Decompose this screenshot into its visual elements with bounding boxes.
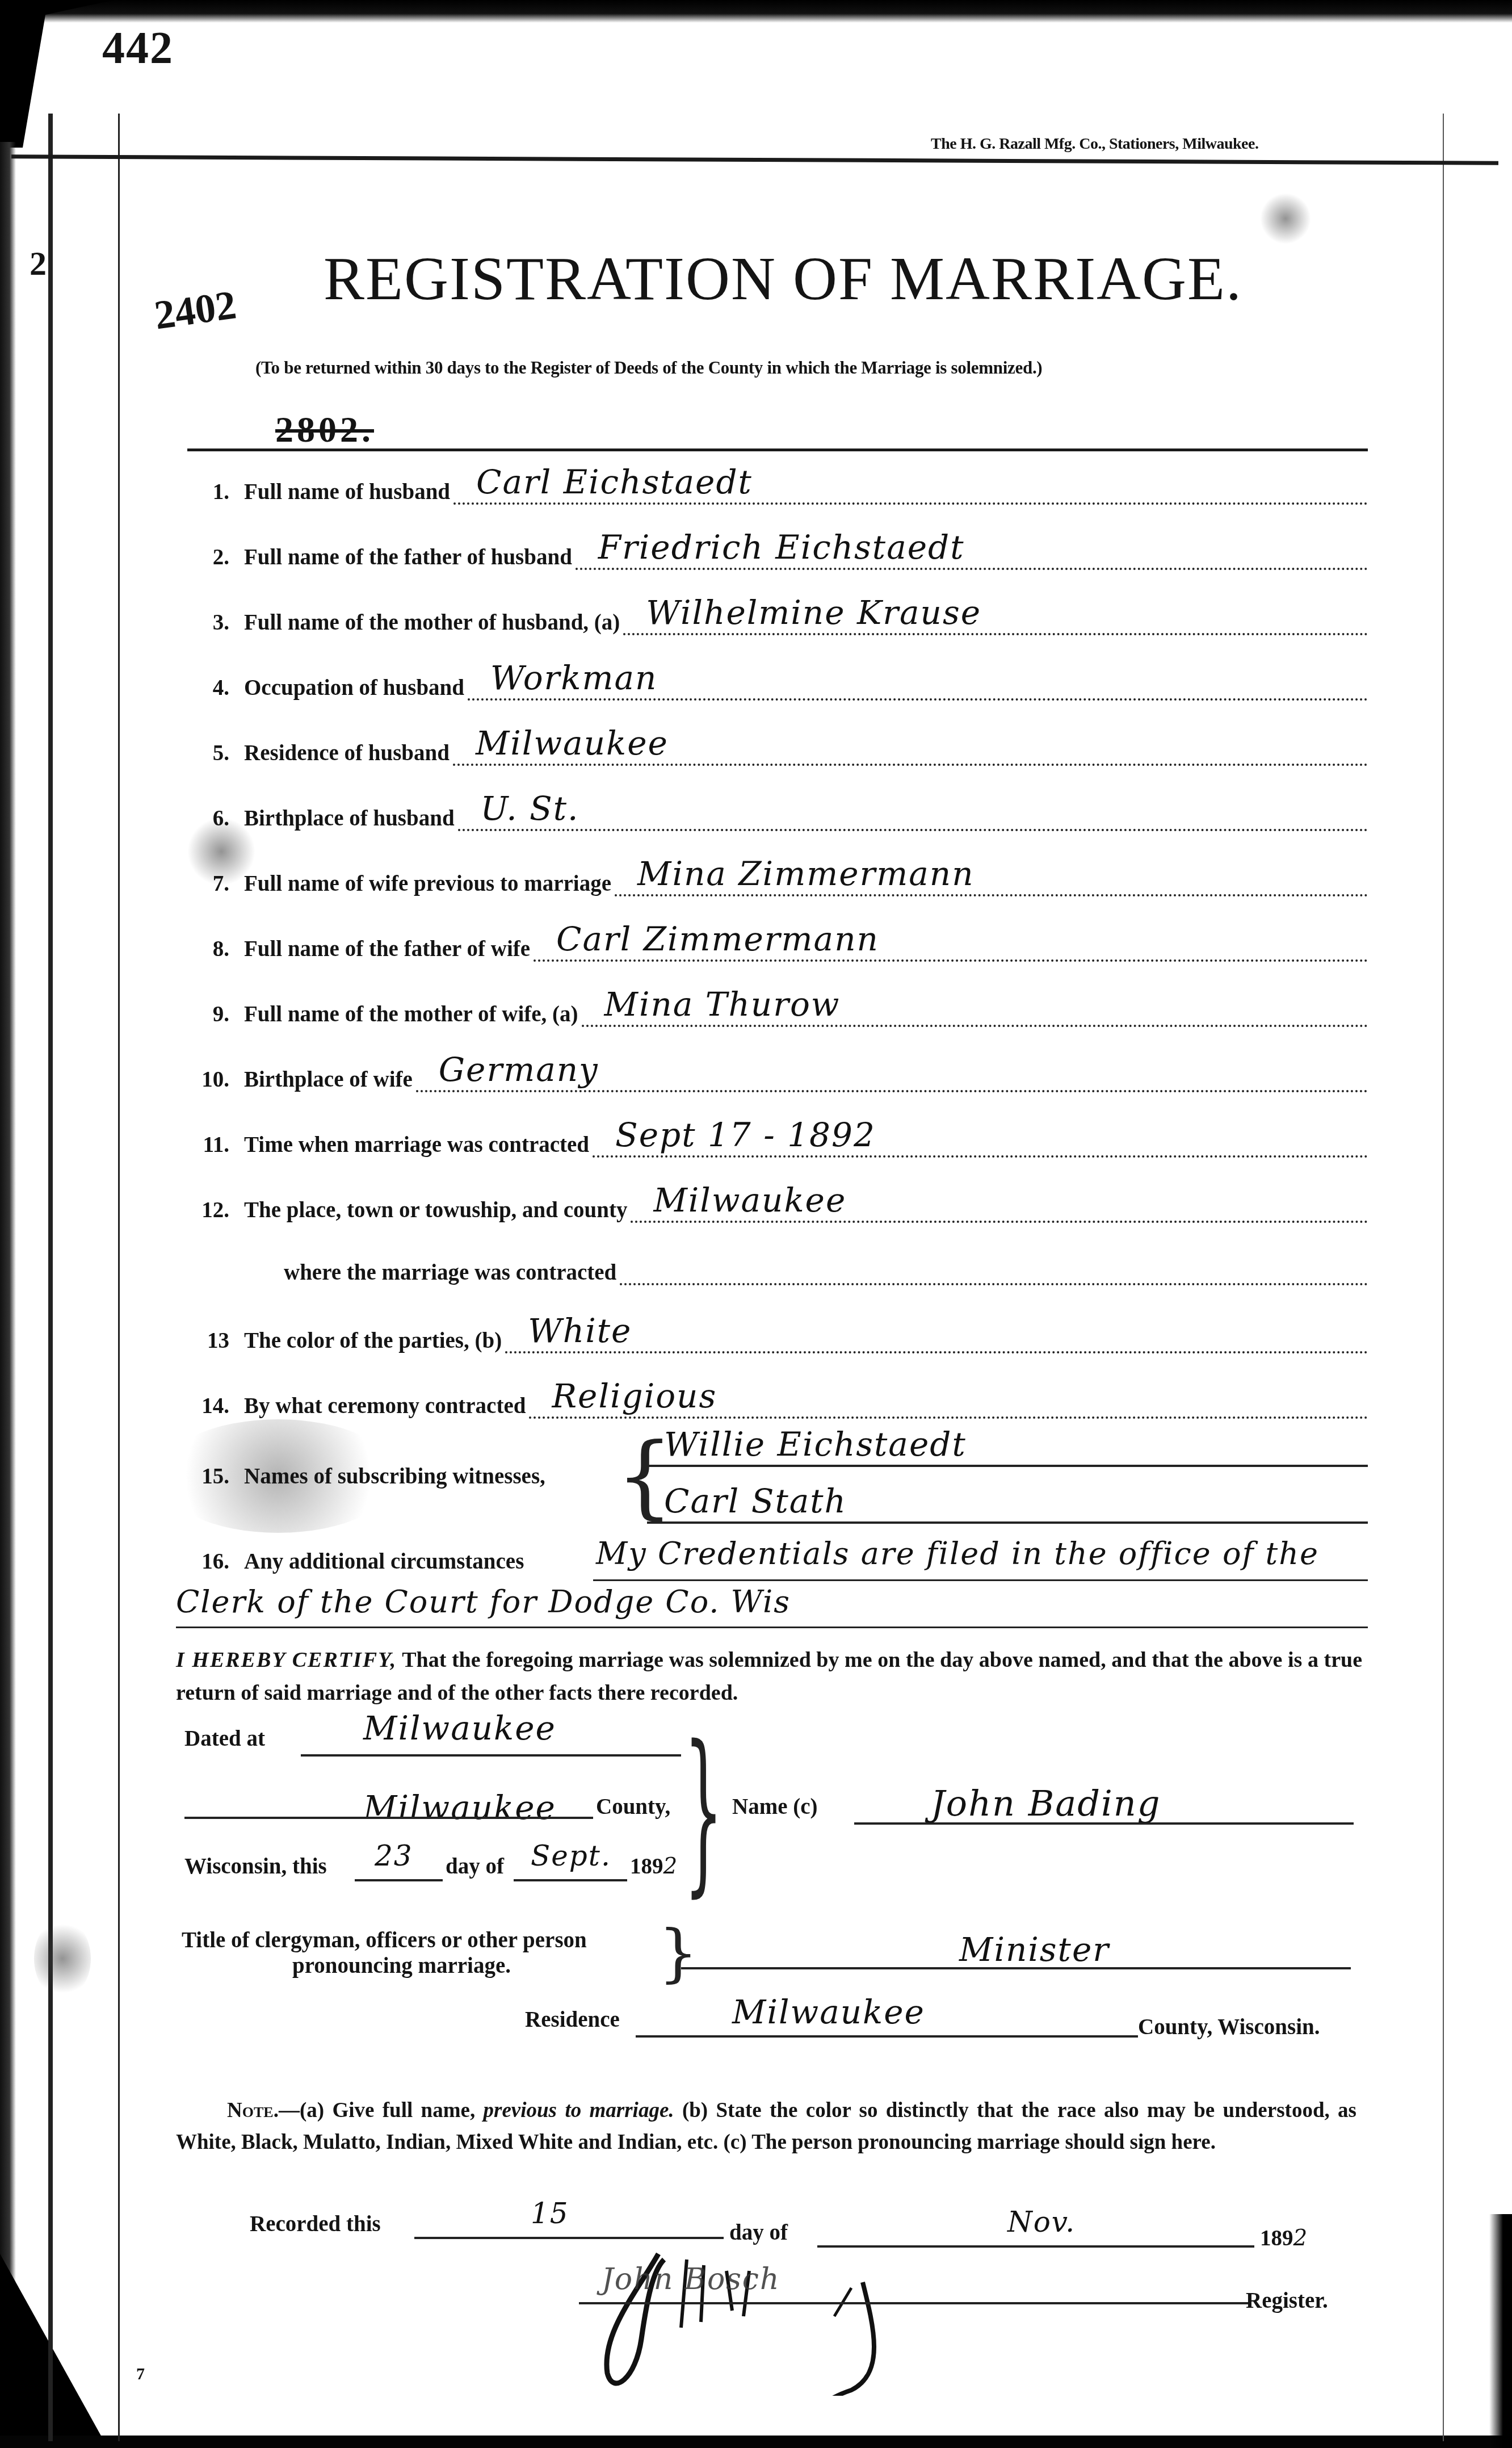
- field-husband-name: 1. Full name of husband Carl Eichstaedt: [187, 474, 1368, 505]
- scan-edge-bottom: [0, 2436, 1512, 2448]
- field-wife-mother: 9. Full name of the mother of wife, (a) …: [187, 996, 1368, 1027]
- dated-year: 1892: [630, 1854, 677, 1879]
- header-rule: [11, 154, 1498, 165]
- field-husband-mother: 3. Full name of the mother of husband, (…: [187, 605, 1368, 635]
- scan-edge-left: [0, 142, 16, 2299]
- field-additional-label: 16.Any additional circumstances: [187, 1549, 524, 1574]
- printer-credit: The H. G. Razall Mfg. Co., Stationers, M…: [931, 135, 1258, 153]
- field-ceremony: 14. By what ceremony contracted Religiou…: [187, 1388, 1368, 1419]
- field-husband-occupation: 4. Occupation of husband Workman: [187, 670, 1368, 701]
- field-value-line: U. St.: [458, 800, 1368, 831]
- field-husband-father: 2. Full name of the father of husband Fr…: [187, 539, 1368, 570]
- field-value: Carl Zimmermann: [556, 920, 879, 958]
- dated-brace: }: [684, 1726, 723, 1896]
- field-label: Full name of wife previous to marriage: [244, 871, 611, 896]
- field-label: where the marriage was contracted: [284, 1260, 616, 1285]
- field-value-line: Carl Eichstaedt: [453, 474, 1368, 505]
- field-value-line: White: [505, 1323, 1368, 1353]
- officiant-title-line: [681, 1967, 1351, 1969]
- field-wife-name: 7. Full name of wife previous to marriag…: [187, 866, 1368, 896]
- field-wife-father: 8. Full name of the father of wife Carl …: [187, 931, 1368, 962]
- field-label: Full name of the mother of husband, (a): [244, 610, 620, 635]
- witness-2: Carl Stath: [664, 1482, 847, 1520]
- dated-at-place: Milwaukee: [363, 1709, 556, 1747]
- field-value: U. St.: [481, 789, 579, 828]
- margin-rule-left-inner: [118, 114, 120, 2441]
- field-wife-birthplace: 10. Birthplace of wife Germany: [187, 1062, 1368, 1092]
- field-color-of-parties: 13 The color of the parties, (b) White: [187, 1323, 1368, 1353]
- register-number-rule: [187, 448, 1368, 451]
- officiant-residence: Milwaukee: [732, 1993, 925, 2031]
- recorded-day: 15: [531, 2197, 569, 2230]
- dated-month: Sept.: [531, 1839, 611, 1872]
- recorded-year: 1892: [1260, 2225, 1307, 2251]
- additional-line-1: [593, 1579, 1368, 1581]
- officiant-name-label: Name (c): [732, 1794, 818, 1820]
- field-value: Milwaukee: [653, 1181, 846, 1219]
- field-husband-birthplace: 6. Birthplace of husband U. St.: [187, 800, 1368, 831]
- recorded-day-of-label: day of: [729, 2220, 788, 2245]
- additional-circumstances-line-1: My Credentials are filed in the office o…: [596, 1536, 1319, 1571]
- field-value: Wilhelmine Krause: [646, 593, 981, 632]
- field-value: Milwaukee: [476, 724, 669, 762]
- ink-stain: [34, 1919, 91, 1998]
- title-brace: }: [658, 1922, 698, 1984]
- field-marriage-place-cont: where the marriage was contracted: [233, 1255, 1368, 1285]
- register-label: Register.: [1246, 2288, 1328, 2313]
- field-value-line: Carl Zimmermann: [534, 931, 1368, 962]
- field-witnesses-label: 15.Names of subscribing witnesses,: [187, 1464, 545, 1489]
- officiant-title: Minister: [959, 1930, 1110, 1969]
- scan-edge-bottomleft: [0, 2254, 108, 2448]
- field-marriage-place: 12. The place, town or towuship, and cou…: [187, 1192, 1368, 1223]
- field-value: Sept 17 - 1892: [615, 1116, 876, 1154]
- dated-at-label: Dated at: [184, 1726, 265, 1751]
- field-marriage-date: 11. Time when marriage was contracted Se…: [187, 1127, 1368, 1158]
- dated-at-line: [301, 1754, 681, 1757]
- officiant-residence-line: [636, 2035, 1138, 2038]
- dated-day: 23: [375, 1839, 413, 1872]
- field-label: Residence of husband: [244, 740, 450, 766]
- dated-wisconsin-label: Wisconsin, this: [184, 1854, 327, 1879]
- field-label: The color of the parties, (b): [244, 1328, 502, 1353]
- field-husband-residence: 5. Residence of husband Milwaukee: [187, 735, 1368, 766]
- dated-day-line: [355, 1879, 443, 1881]
- certification-statement: I HEREBY CERTIFY, That the foregoing mar…: [176, 1644, 1362, 1709]
- recorded-month: Nov.: [1007, 2206, 1076, 2239]
- field-value-line: Milwaukee: [631, 1192, 1368, 1223]
- register-signature: John Bosch: [602, 2262, 780, 2296]
- dated-county-line: [184, 1817, 593, 1819]
- field-value: Workman: [490, 659, 657, 697]
- field-value: White: [528, 1311, 632, 1350]
- witness-1-line: [647, 1465, 1368, 1467]
- witness-2-line: [647, 1521, 1368, 1524]
- officiant-name-line: [854, 1822, 1354, 1825]
- field-label: Occupation of husband: [244, 675, 464, 701]
- field-label: Full name of the father of husband: [244, 544, 572, 570]
- document-title: REGISTRATION OF MARRIAGE.: [324, 244, 1242, 315]
- scan-edge-top: [0, 0, 1512, 23]
- field-label: Birthplace of husband: [244, 806, 455, 831]
- field-value-line: Mina Thurow: [582, 996, 1368, 1027]
- field-value-line: Friedrich Eichstaedt: [576, 539, 1368, 570]
- field-label: Full name of the mother of wife, (a): [244, 1001, 578, 1027]
- officiant-residence-label: Residence: [525, 2007, 620, 2032]
- footnote: Note.—(a) Give full name, previous to ma…: [176, 2095, 1356, 2158]
- additional-line-2: [176, 1627, 1368, 1628]
- field-label: Full name of the father of wife: [244, 936, 530, 962]
- field-value-line: Milwaukee: [453, 735, 1368, 766]
- field-label: Full name of husband: [244, 479, 450, 505]
- field-value: Carl Eichstaedt: [476, 463, 753, 501]
- field-value: Germany: [439, 1050, 599, 1089]
- field-value-line: Wilhelmine Krause: [623, 605, 1368, 635]
- dated-county-label: County,: [596, 1794, 670, 1820]
- officiant-residence-suffix: County, Wisconsin.: [1138, 2014, 1320, 2040]
- officiant-title-label-2: pronouncing marriage.: [292, 1953, 511, 1978]
- field-value-line: Workman: [468, 670, 1368, 701]
- field-value-line: Germany: [416, 1062, 1368, 1092]
- margin-rule-right: [1443, 114, 1444, 2441]
- margin-rule-left-outer: [48, 114, 53, 2441]
- recorded-day-line: [414, 2237, 724, 2239]
- field-label: The place, town or towuship, and county: [244, 1197, 627, 1223]
- corner-mark: 7: [136, 2365, 145, 2384]
- field-value-line: Sept 17 - 1892: [593, 1127, 1368, 1158]
- dated-county-value: Milwaukee: [363, 1788, 556, 1827]
- officiant-title-label-1: Title of clergyman, officers or other pe…: [182, 1927, 587, 1953]
- margin-mark: 2: [30, 244, 47, 283]
- field-value-line: [620, 1255, 1368, 1285]
- scan-edge-right: [1489, 2214, 1512, 2448]
- page-number: 442: [102, 23, 174, 74]
- witness-1: Willie Eichstaedt: [664, 1425, 967, 1464]
- additional-circumstances-line-2: Clerk of the Court for Dodge Co. Wis: [176, 1584, 791, 1620]
- field-value: Mina Thurow: [604, 985, 841, 1024]
- field-label: Time when marriage was contracted: [244, 1132, 589, 1158]
- recorded-label: Recorded this: [250, 2211, 381, 2237]
- register-number: 2802.: [275, 409, 374, 451]
- field-value-line: Mina Zimmermann: [615, 866, 1368, 896]
- field-label: By what ceremony contracted: [244, 1393, 526, 1419]
- serial-stamp: 2402: [152, 281, 239, 339]
- dated-month-line: [514, 1879, 627, 1881]
- officiant-name: John Bading: [931, 1783, 1161, 1824]
- field-value: Mina Zimmermann: [637, 854, 975, 893]
- field-value: Friedrich Eichstaedt: [598, 528, 965, 567]
- recorded-month-line: [817, 2245, 1254, 2248]
- field-value: Religious: [552, 1377, 717, 1415]
- return-instruction: (To be returned within 30 days to the Re…: [255, 358, 1042, 378]
- dated-day-of-label: day of: [446, 1854, 504, 1879]
- ink-stain: [1260, 193, 1311, 244]
- field-value-line: Religious: [529, 1388, 1368, 1419]
- field-label: Birthplace of wife: [244, 1067, 413, 1092]
- register-signature-line: [579, 2302, 1249, 2304]
